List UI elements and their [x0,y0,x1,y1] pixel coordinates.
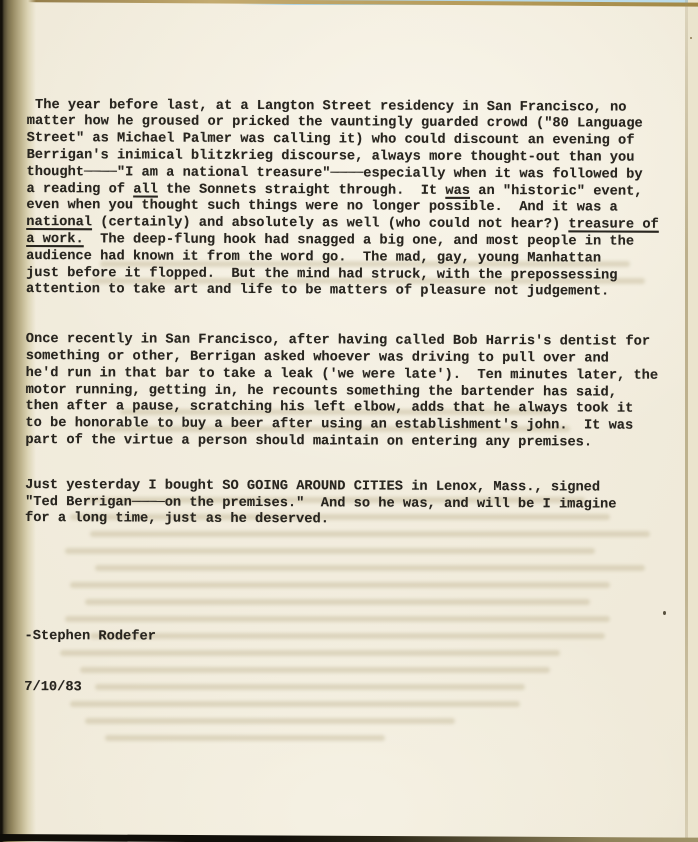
signature-block: -Stephen Rodefer 7/10/83 [24,596,687,733]
text-line: part of the virtue a person should maint… [25,433,687,453]
ink-speck [663,611,666,615]
page-right-margin [688,0,698,842]
ink-speck [690,37,692,39]
text-line: attention to take art and life to be mat… [26,282,688,302]
paragraph-2: Once recently in San Francisco, after ha… [25,332,688,452]
signature-name: -Stephen Rodefer [24,629,686,649]
paragraphs: The year before last, at a Langton Stree… [25,98,689,531]
typewritten-text: The year before last, at a Langton Stree… [24,64,689,767]
scanned-page: The year before last, at a Langton Stree… [0,0,698,842]
paragraph-1: The year before last, at a Langton Stree… [26,98,689,302]
signature-date: 7/10/83 [24,680,686,700]
text-line: for a long time, just as he deserved. [25,511,687,531]
paragraph-3: Just yesterday I bought SO GOING AROUND … [25,478,687,531]
